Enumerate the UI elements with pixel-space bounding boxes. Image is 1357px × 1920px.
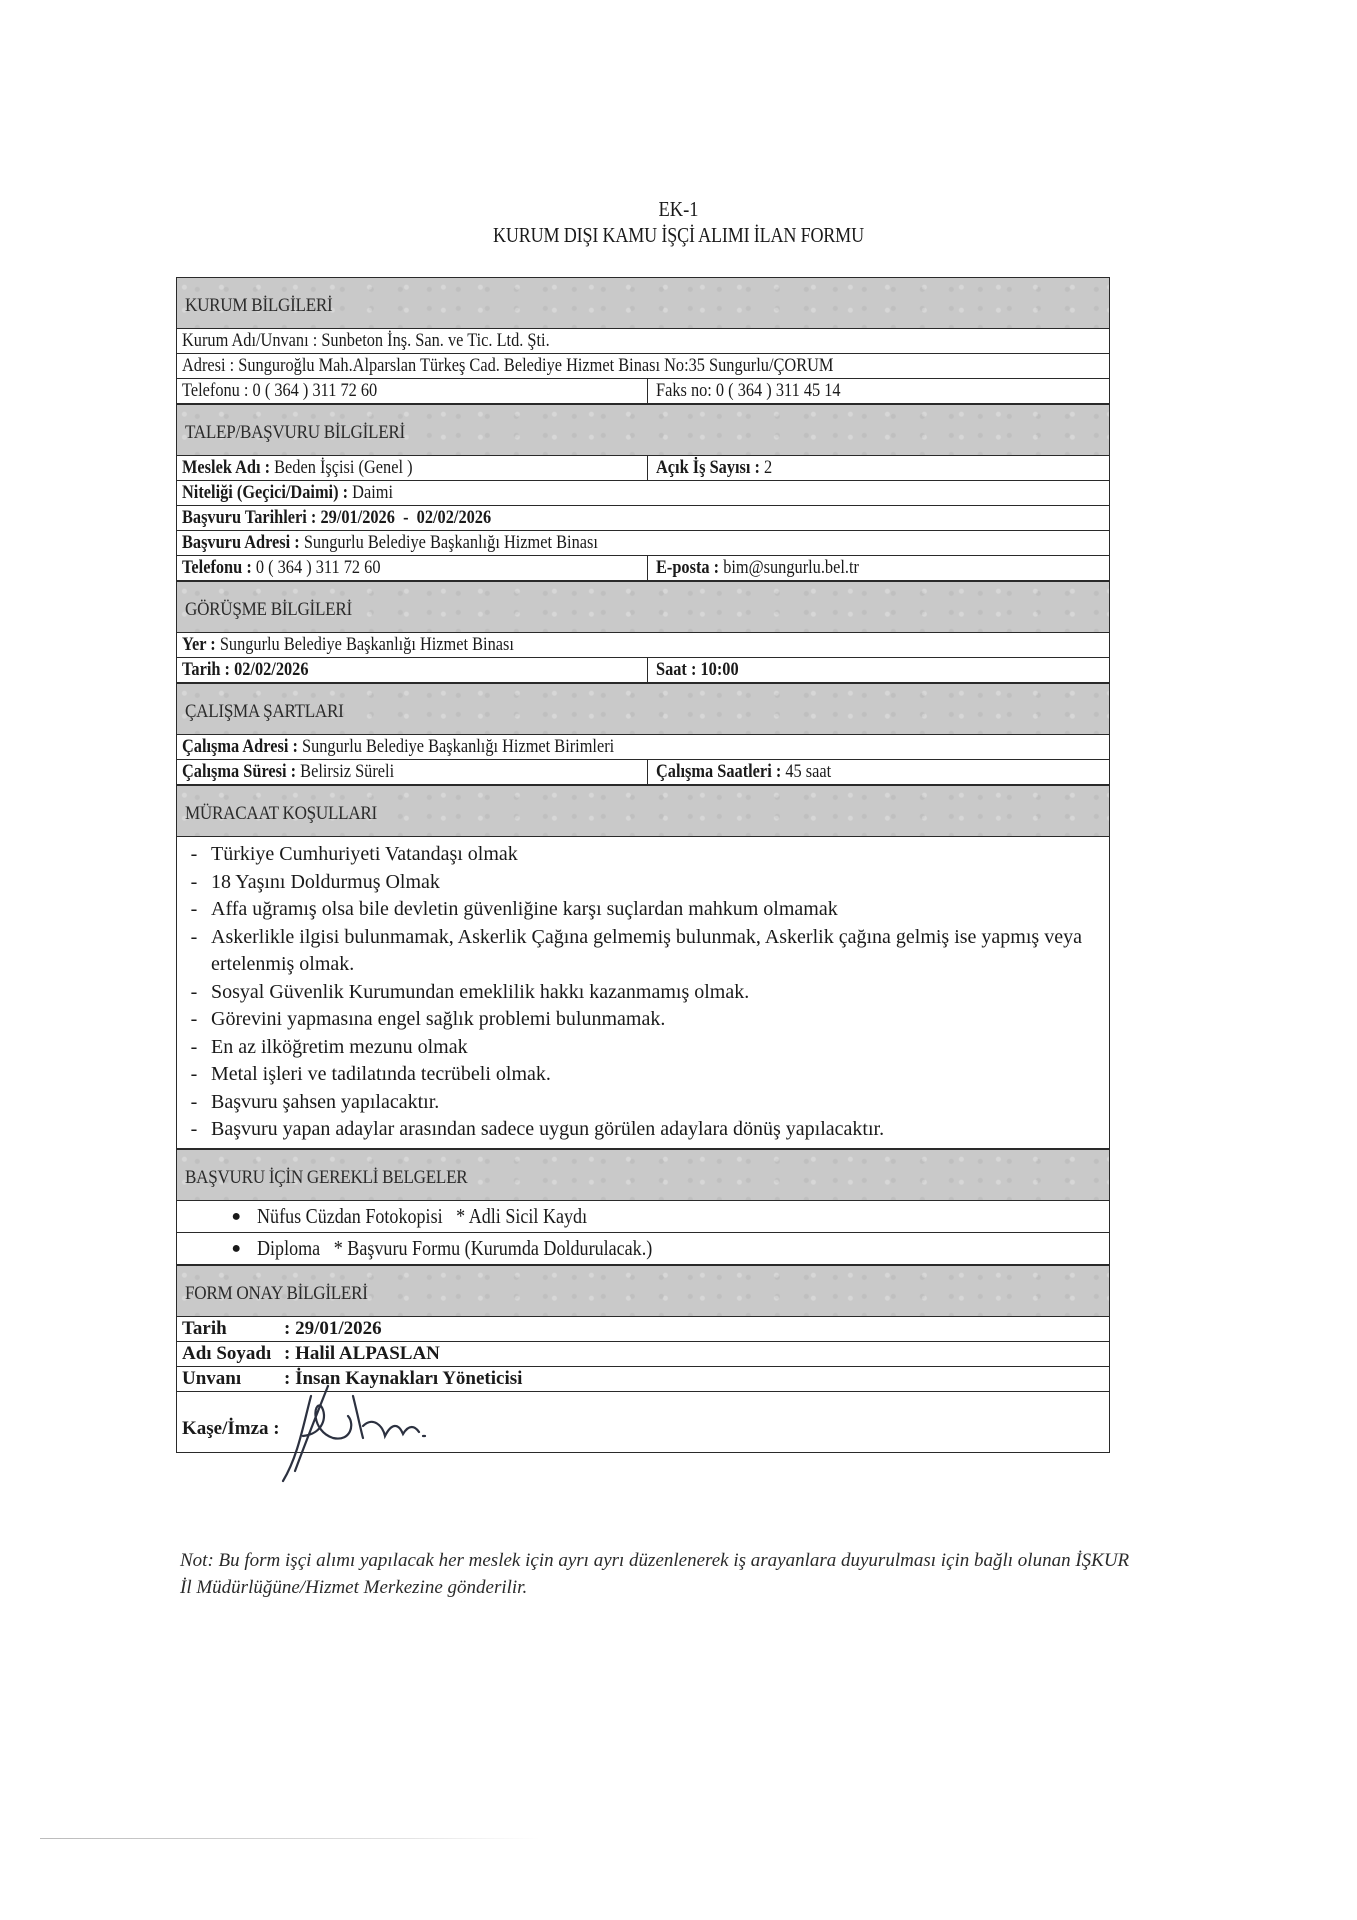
dash-bullet-icon: - <box>177 1089 211 1117</box>
section-gorusme-header: GÖRÜŞME BİLGİLERİ <box>177 581 1109 633</box>
basvuru-adres-value: Sungurlu Belediye Başkanlığı Hizmet Bina… <box>304 532 598 553</box>
calisma-adres-value: Sungurlu Belediye Başkanlığı Hizmet Biri… <box>302 736 614 757</box>
requirement-text: Türkiye Cumhuriyeti Vatandaşı olmak <box>211 841 1109 869</box>
requirement-text: En az ilköğretim mezunu olmak <box>211 1034 1109 1062</box>
gorusme-tarih-value: 02/02/2026 <box>234 659 308 680</box>
requirement-text: Affa uğramış olsa bile devletin güvenliğ… <box>211 896 1109 924</box>
announcement-form: KURUM BİLGİLERİ Kurum Adı/Unvanı : Sunbe… <box>176 277 1110 1453</box>
nitelik-row: Niteliği (Geçici/Daimi) : Daimi <box>177 481 1109 506</box>
kurum-fax-value: 0 ( 364 ) 311 45 14 <box>716 380 841 401</box>
footnote-text: Bu form işçi alımı yapılacak her meslek … <box>180 1550 1129 1598</box>
dash-bullet-icon: - <box>177 1006 211 1034</box>
dash-bullet-icon: - <box>177 841 211 869</box>
requirement-text: Başvuru şahsen yapılacaktır. <box>211 1089 1109 1117</box>
kurum-phone-value: 0 ( 364 ) 311 72 60 <box>253 380 378 401</box>
requirement-text: Askerlikle ilgisi bulunmamak, Askerlik Ç… <box>211 924 1109 979</box>
calisma-saatleri-label: Çalışma Saatleri <box>656 761 772 782</box>
signature-row: Kaşe/İmza : <box>177 1392 1109 1453</box>
dash-bullet-icon: - <box>177 896 211 924</box>
requirement-text: Görevini yapmasına engel sağlık problemi… <box>211 1006 1109 1034</box>
requirement-item: -Metal işleri ve tadilatında tecrübeli o… <box>177 1061 1109 1089</box>
footnote-label: Not: <box>180 1550 214 1571</box>
basvuru-adres-label: Başvuru Adresi <box>182 532 290 553</box>
requirement-text: 18 Yaşını Doldurmuş Olmak <box>211 869 1109 897</box>
gorusme-tarih-label: Tarih <box>182 659 220 680</box>
kurum-address-row: Adresi : Sunguroğlu Mah.Alparslan Türkeş… <box>177 354 1109 379</box>
onay-tarih-label: Tarih <box>182 1317 284 1341</box>
onay-unvan-label: Unvanı <box>182 1367 284 1391</box>
kurum-fax-label: Faks no <box>656 380 707 401</box>
eposta-link[interactable]: bim@sungurlu.bel.tr <box>723 557 859 578</box>
requirement-item: -Sosyal Güvenlik Kurumundan emeklilik ha… <box>177 979 1109 1007</box>
section-kurum-header: KURUM BİLGİLERİ <box>177 277 1109 329</box>
calisma-adres-row: Çalışma Adresi : Sungurlu Belediye Başka… <box>177 735 1109 760</box>
kurum-name-value: Sunbeton İnş. San. ve Tic. Ltd. Şti. <box>321 330 549 351</box>
calisma-sure-label: Çalışma Süresi <box>182 761 287 782</box>
document-row-text: Diploma * Başvuru Formu (Kurumda Dolduru… <box>257 1233 652 1264</box>
section-belgeler-header: BAŞVURU İÇİN GEREKLİ BELGELER <box>177 1149 1109 1201</box>
kurum-address-label: Adresi <box>182 355 226 376</box>
kurum-name-row: Kurum Adı/Unvanı : Sunbeton İnş. San. ve… <box>177 329 1109 354</box>
requirement-item: -Türkiye Cumhuriyeti Vatandaşı olmak <box>177 841 1109 869</box>
requirement-item: -Görevini yapmasına engel sağlık problem… <box>177 1006 1109 1034</box>
section-talep-header: TALEP/BAŞVURU BİLGİLERİ <box>177 404 1109 456</box>
eposta-label: E-posta <box>656 557 710 578</box>
form-title: KURUM DIŞI KAMU İŞÇİ ALIMI İLAN FORMU <box>95 222 1262 248</box>
nitelik-value: Daimi <box>352 482 393 503</box>
gorusme-yer-value: Sungurlu Belediye Başkanlığı Hizmet Bina… <box>220 634 514 655</box>
calisma-sure-row: Çalışma Süresi : Belirsiz Süreli Çalışma… <box>177 760 1109 785</box>
gorusme-yer-row: Yer : Sungurlu Belediye Başkanlığı Hizme… <box>177 633 1109 658</box>
gorusme-yer-label: Yer <box>182 634 206 655</box>
dash-bullet-icon: - <box>177 869 211 897</box>
onay-tarih-row: Tarih: 29/01/2026 <box>177 1317 1109 1342</box>
approval-block: Tarih: 29/01/2026 Adı Soyadı: Halil ALPA… <box>177 1317 1109 1453</box>
onay-ad-label: Adı Soyadı <box>182 1342 284 1366</box>
section-calisma-header: ÇALIŞMA ŞARTLARI <box>177 683 1109 735</box>
kurum-contact-row: Telefonu : 0 ( 364 ) 311 72 60 Faks no: … <box>177 379 1109 404</box>
talep-contact-row: Telefonu : 0 ( 364 ) 311 72 60 E-posta :… <box>177 556 1109 581</box>
dash-bullet-icon: - <box>177 979 211 1007</box>
talep-phone-value: 0 ( 364 ) 311 72 60 <box>256 557 381 578</box>
requirement-item: -18 Yaşını Doldurmuş Olmak <box>177 869 1109 897</box>
nitelik-label: Niteliği (Geçici/Daimi) <box>182 482 339 503</box>
section-muracaat-header: MÜRACAAT KOŞULLARI <box>177 785 1109 837</box>
basvuru-tarih-label: Başvuru Tarihleri <box>182 507 307 528</box>
kurum-address-value: Sunguroğlu Mah.Alparslan Türkeş Cad. Bel… <box>238 355 833 376</box>
bullet-icon: ● <box>177 1201 257 1232</box>
bullet-icon: ● <box>177 1233 257 1264</box>
requirements-list: -Türkiye Cumhuriyeti Vatandaşı olmak-18 … <box>177 837 1109 1149</box>
document-row-text: Nüfus Cüzdan Fotokopisi * Adli Sicil Kay… <box>257 1201 587 1232</box>
gorusme-saat-value: 10:00 <box>700 659 738 680</box>
gorusme-saat-label: Saat <box>656 659 687 680</box>
requirement-text: Başvuru yapan adaylar arasından sadece u… <box>211 1116 1109 1144</box>
requirement-item: -Askerlikle ilgisi bulunmamak, Askerlik … <box>177 924 1109 979</box>
footnote: Not: Bu form işçi alımı yapılacak her me… <box>180 1547 1140 1601</box>
requirement-item: -Başvuru yapan adaylar arasından sadece … <box>177 1116 1109 1144</box>
requirement-item: -Affa uğramış olsa bile devletin güvenli… <box>177 896 1109 924</box>
dash-bullet-icon: - <box>177 924 211 979</box>
requirement-item: -En az ilköğretim mezunu olmak <box>177 1034 1109 1062</box>
onay-ad-value: Halil ALPASLAN <box>295 1343 440 1364</box>
onay-ad-row: Adı Soyadı: Halil ALPASLAN <box>177 1342 1109 1367</box>
basvuru-tarih-value: 29/01/2026 - 02/02/2026 <box>320 507 491 528</box>
basvuru-tarih-row: Başvuru Tarihleri : 29/01/2026 - 02/02/2… <box>177 506 1109 531</box>
meslek-label: Meslek Adı <box>182 457 261 478</box>
acik-is-label: Açık İş Sayısı <box>656 457 750 478</box>
dash-bullet-icon: - <box>177 1061 211 1089</box>
dash-bullet-icon: - <box>177 1034 211 1062</box>
kurum-name-label: Kurum Adı/Unvanı <box>182 330 309 351</box>
calisma-sure-value: Belirsiz Süreli <box>300 761 394 782</box>
requirement-text: Metal işleri ve tadilatında tecrübeli ol… <box>211 1061 1109 1089</box>
requirement-item: -Başvuru şahsen yapılacaktır. <box>177 1089 1109 1117</box>
signature-label: Kaşe/İmza : <box>182 1418 280 1440</box>
dash-bullet-icon: - <box>177 1116 211 1144</box>
meslek-value: Beden İşçisi (Genel ) <box>274 457 412 478</box>
form-code: EK-1 <box>81 196 1275 222</box>
kurum-phone-label: Telefonu <box>182 380 240 401</box>
document-row: ● Nüfus Cüzdan Fotokopisi * Adli Sicil K… <box>177 1201 1109 1233</box>
acik-is-value: 2 <box>764 457 772 478</box>
calisma-saatleri-value: 45 saat <box>785 761 831 782</box>
signature-icon <box>273 1376 473 1486</box>
gorusme-zaman-row: Tarih : 02/02/2026 Saat : 10:00 <box>177 658 1109 683</box>
requirement-text: Sosyal Güvenlik Kurumundan emeklilik hak… <box>211 979 1109 1007</box>
calisma-adres-label: Çalışma Adresi <box>182 736 288 757</box>
document-row: ● Diploma * Başvuru Formu (Kurumda Doldu… <box>177 1233 1109 1265</box>
meslek-row: Meslek Adı : Beden İşçisi (Genel ) Açık … <box>177 456 1109 481</box>
talep-phone-label: Telefonu <box>182 557 242 578</box>
section-onay-header: FORM ONAY BİLGİLERİ <box>177 1265 1109 1317</box>
onay-tarih-value: 29/01/2026 <box>295 1318 382 1339</box>
basvuru-adres-row: Başvuru Adresi : Sungurlu Belediye Başka… <box>177 531 1109 556</box>
document-header: EK-1 KURUM DIŞI KAMU İŞÇİ ALIMI İLAN FOR… <box>0 196 1357 248</box>
scan-artifact-line <box>40 1838 540 1839</box>
